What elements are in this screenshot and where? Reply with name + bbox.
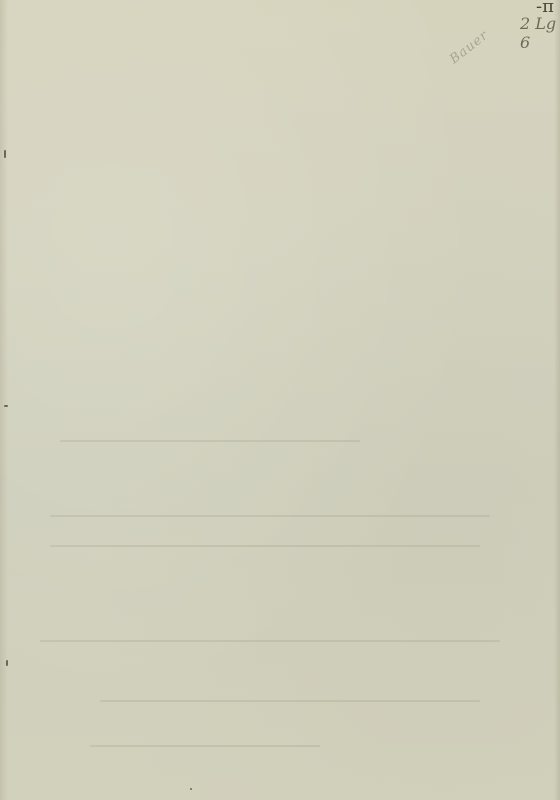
bleed-through-line: [100, 700, 480, 702]
bleed-through-line: [50, 545, 480, 547]
bleed-through-line: [50, 515, 490, 517]
margin-speck: [4, 405, 8, 407]
page-right-edge: [554, 0, 560, 800]
margin-speck: [6, 660, 8, 666]
page-left-edge: [0, 0, 8, 800]
paper-page: Bauer -π 2 Lg 6: [0, 0, 560, 800]
bleed-through-line: [60, 440, 360, 442]
handwritten-reference-note: 2 Lg 6: [520, 14, 560, 52]
handwritten-name-note: Bauer: [447, 28, 491, 67]
margin-speck: [4, 150, 6, 158]
margin-speck: [190, 788, 192, 790]
bleed-through-line: [90, 745, 320, 747]
bleed-through-line: [40, 640, 500, 642]
